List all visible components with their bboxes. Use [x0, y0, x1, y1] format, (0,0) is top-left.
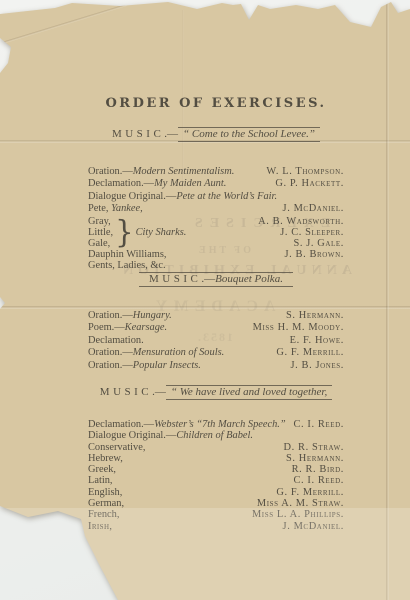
program-section-3: Declamation.—Webster’s “7th March Speech…	[88, 419, 344, 532]
item-type: Declamation.—	[88, 178, 154, 189]
program-item-label: Declamation.—My Maiden Aunt.	[88, 178, 226, 190]
item-type: Dialogue Original.—	[88, 430, 176, 441]
item-title: My Maiden Aunt.	[154, 178, 226, 189]
cast-roles-column: Gray, Little, Gale,	[88, 216, 113, 249]
program-item-label: Latin,	[88, 475, 113, 486]
program-row: Irish, J. McDaniel.	[88, 521, 344, 532]
program-item-label: French,	[88, 509, 119, 520]
music-separator: .—	[164, 128, 178, 140]
performer-name: J. B. Jones.	[291, 360, 345, 372]
cast-role: Hebrew,	[88, 453, 123, 464]
cast-role: Little,	[88, 227, 113, 238]
program-row: Gents, Ladies, &c.	[88, 260, 344, 271]
performer-name: Miss L. A. Phillips.	[252, 509, 344, 520]
performer-name: S. Hermann.	[286, 453, 344, 464]
program-item-label: German,	[88, 498, 124, 509]
program-row: French, Miss L. A. Phillips.	[88, 509, 344, 520]
performer-name: G. F. Merrill.	[276, 487, 344, 498]
program-section-2: Oration.—Hungary. S. Hermann. Poem.—Kear…	[88, 310, 344, 372]
cast-role: Gray,	[88, 216, 113, 227]
item-type: Poem.—	[88, 322, 125, 333]
item-title: Popular Insects.	[133, 360, 201, 371]
program-row: Latin, C. I. Reed.	[88, 475, 344, 486]
curly-brace: }	[115, 215, 133, 250]
program-item-label: Oration.—Mensuration of Souls.	[88, 347, 224, 359]
cast-role: French,	[88, 509, 119, 520]
program-content: ORDER OF EXERCISES. MUSIC.—“ Come to the…	[88, 96, 344, 111]
program-item-label: Hebrew,	[88, 453, 123, 464]
program-item-label: Dauphin Williams,	[88, 249, 166, 260]
program-row: Oration.—Modern Sentimentalism. W. L. Th…	[88, 166, 344, 178]
item-type: Oration.—	[88, 310, 133, 321]
music-separator: .—	[201, 273, 215, 285]
item-type: Declamation.	[88, 335, 144, 346]
music-piece-title: “ Come to the School Levee.”	[183, 128, 315, 140]
program-row: Dialogue Original.—Pete at the World’s F…	[88, 191, 344, 203]
performer-name: E. F. Howe.	[290, 335, 344, 347]
cast-group-title: City Sharks.	[136, 227, 187, 238]
performer-name: A. B. Wadsworth.	[258, 216, 344, 227]
item-title: Modern Sentimentalism.	[133, 166, 235, 177]
program-row: Poem.—Kearsage. Miss H. M. Moody.	[88, 322, 344, 334]
music-separator: .—	[152, 386, 166, 398]
program-section-1: Oration.—Modern Sentimentalism. W. L. Th…	[88, 166, 344, 271]
performer-name: D. R. Straw.	[284, 442, 344, 453]
program-item-label: Declamation.	[88, 335, 144, 347]
fold-crease-vertical-right	[386, 0, 389, 600]
program-row: Greek, R. R. Bird.	[88, 464, 344, 475]
program-item-label: Greek,	[88, 464, 116, 475]
program-row: Oration.—Mensuration of Souls. G. F. Mer…	[88, 347, 344, 359]
cast-role: Dauphin Williams,	[88, 249, 166, 260]
program-item-label: Irish,	[88, 521, 112, 532]
program-row: Oration.—Hungary. S. Hermann.	[88, 310, 344, 322]
fold-crease-diagonal-topleft	[2, 4, 127, 44]
cast-role: Greek,	[88, 464, 116, 475]
cast-role: Gents, Ladies, &c.	[88, 260, 166, 271]
program-item-label: Dialogue Original.—Children of Babel.	[88, 430, 253, 441]
program-item-label: Oration.—Popular Insects.	[88, 360, 201, 372]
cast-role: Latin,	[88, 475, 113, 486]
cast-role: Pete,	[88, 203, 111, 214]
page-title: ORDER OF EXERCISES.	[88, 96, 344, 111]
program-row: Dialogue Original.—Children of Babel.	[88, 430, 344, 441]
cast-role: German,	[88, 498, 124, 509]
item-type: Oration.—	[88, 360, 133, 371]
program-row: Dauphin Williams, J. B. Brown.	[88, 249, 344, 260]
performer-name: Miss H. M. Moody.	[253, 322, 344, 334]
cast-role: Conservative,	[88, 442, 145, 453]
program-row: Conservative, D. R. Straw.	[88, 442, 344, 453]
paper-sheet: EXERCISES OF THE ANNUAL EXHIBITION ACADE…	[0, 0, 410, 600]
item-type: Oration.—	[88, 347, 133, 358]
performer-name: Miss A. M. Straw.	[257, 498, 344, 509]
cast-role: English,	[88, 487, 122, 498]
music-heading-2: MUSIC.—Bouquet Polka.	[88, 272, 344, 287]
program-item-label: Poem.—Kearsage.	[88, 322, 167, 334]
performer-name: S. J. Gale.	[258, 238, 344, 249]
scan-background: EXERCISES OF THE ANNUAL EXHIBITION ACADE…	[0, 0, 410, 600]
program-item-label: English,	[88, 487, 122, 498]
cast-role-descriptor: Yankee,	[111, 203, 143, 214]
item-title: Pete at the World’s Fair.	[176, 191, 277, 202]
item-type: Oration.—	[88, 166, 133, 177]
music-heading-1: MUSIC.—“ Come to the School Levee.”	[88, 127, 344, 142]
music-heading-3: MUSIC.—“ We have lived and loved togethe…	[88, 385, 344, 400]
music-label: MUSIC	[112, 128, 164, 140]
performer-name: G. P. Hackett.	[275, 178, 344, 190]
program-item-label: Oration.—Modern Sentimentalism.	[88, 166, 234, 178]
program-item-label: Declamation.—Webster’s “7th March Speech…	[88, 419, 286, 430]
music-piece-title: “ We have lived and loved together,	[171, 386, 327, 398]
item-title: Webster’s “7th March Speech.”	[154, 419, 286, 430]
performer-name: W. L. Thompson.	[266, 166, 344, 178]
program-item-label: Conservative,	[88, 442, 145, 453]
program-row: Oration.—Popular Insects. J. B. Jones.	[88, 360, 344, 372]
performer-name: J. McDaniel.	[283, 521, 344, 532]
item-title: Hungary.	[133, 310, 172, 321]
cast-role: Gale,	[88, 238, 113, 249]
program-row: Hebrew, S. Hermann.	[88, 453, 344, 464]
performer-name: J. B. Brown.	[285, 249, 344, 260]
performer-name: G. F. Merrill.	[276, 347, 344, 359]
item-type: Dialogue Original.—	[88, 191, 176, 202]
program-row: Declamation.—Webster’s “7th March Speech…	[88, 419, 344, 430]
item-title: Children of Babel.	[176, 430, 253, 441]
item-title: Kearsage.	[125, 322, 167, 333]
performer-name: S. Hermann.	[286, 310, 344, 322]
fold-crease-horizontal-middle	[0, 306, 410, 309]
music-label: MUSIC	[149, 273, 201, 285]
performer-name: C. I. Reed.	[293, 419, 344, 430]
program-row: German, Miss A. M. Straw.	[88, 498, 344, 509]
performer-name: R. R. Bird.	[292, 464, 344, 475]
cast-role: Irish,	[88, 521, 112, 532]
music-label: MUSIC	[100, 386, 152, 398]
performer-name: J. McDaniel.	[283, 203, 344, 215]
paper-wrapper: EXERCISES OF THE ANNUAL EXHIBITION ACADE…	[0, 0, 410, 600]
program-row: English, G. F. Merrill.	[88, 487, 344, 498]
program-row: Declamation.—My Maiden Aunt. G. P. Hacke…	[88, 178, 344, 190]
performer-name: J. C. Sleeper.	[258, 227, 344, 238]
item-type: Declamation.—	[88, 419, 154, 430]
item-title: Mensuration of Souls.	[133, 347, 225, 358]
spacer	[186, 216, 258, 249]
program-item-label: Gents, Ladies, &c.	[88, 260, 166, 271]
program-row: Declamation. E. F. Howe.	[88, 335, 344, 347]
performer-name: C. I. Reed.	[293, 475, 344, 486]
program-item-label: Dialogue Original.—Pete at the World’s F…	[88, 191, 277, 203]
music-piece-title: Bouquet Polka.	[215, 273, 283, 285]
program-item-label: Oration.—Hungary.	[88, 310, 172, 322]
cast-performers-column: A. B. Wadsworth. J. C. Sleeper. S. J. Ga…	[258, 216, 344, 249]
cast-brace-group: Gray, Little, Gale, } City Sharks. A. B.…	[88, 216, 344, 249]
